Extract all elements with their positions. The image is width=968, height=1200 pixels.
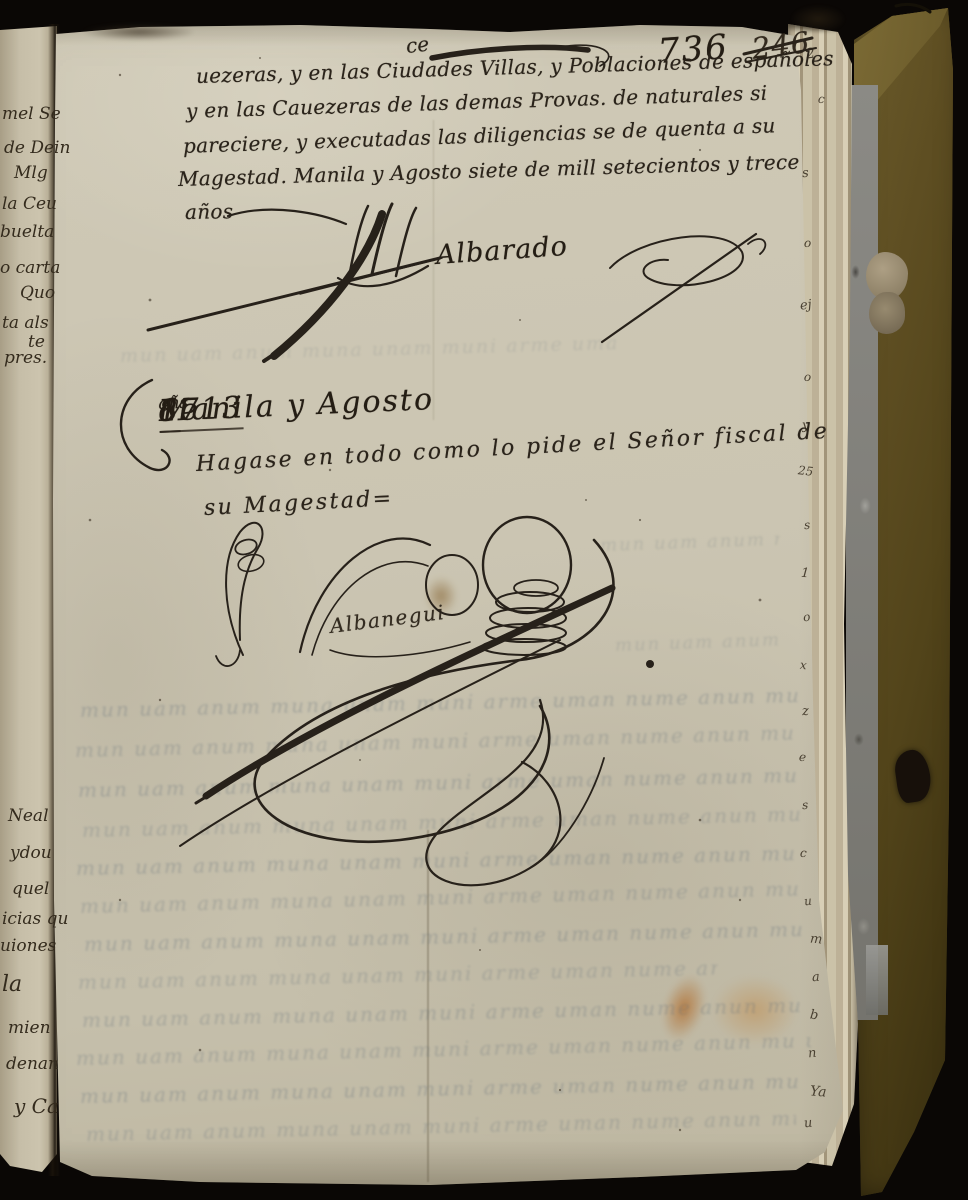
fore-edge-ink-mark: o bbox=[804, 236, 812, 250]
fore-edge-ink-mark: o bbox=[802, 610, 811, 625]
fore-edge-ink-mark: 1 bbox=[800, 566, 809, 582]
fore-edge-ink-mark: s bbox=[803, 518, 810, 532]
fore-edge-ink-mark: s bbox=[801, 798, 808, 812]
photo-stage: mun uam anum muna unam muni arme uman nu… bbox=[0, 0, 968, 1200]
fore-edge-ink-mark: s bbox=[801, 166, 809, 182]
body-text-line-anos: años bbox=[185, 199, 234, 224]
fore-edge-ink-mark: ej bbox=[799, 297, 812, 313]
fore-edge-ink-mark: 25 bbox=[797, 463, 814, 479]
fore-edge-ink-mark: e bbox=[798, 750, 807, 765]
top-annotation: ce bbox=[405, 32, 430, 58]
fore-edge-ink-mark: b bbox=[809, 1008, 819, 1024]
fore-edge-ink-mark: Ya bbox=[809, 1083, 827, 1100]
decree-year-suffix: añs bbox=[158, 393, 189, 414]
fore-edge-ink-mark: n bbox=[807, 1046, 817, 1062]
fore-edge-ink-mark: z bbox=[801, 704, 809, 719]
fore-edge-ink-mark: u bbox=[803, 894, 812, 909]
fore-edge-ink-mark: x bbox=[799, 658, 807, 673]
fore-edge-ink-mark: m bbox=[809, 931, 823, 947]
fore-edge-ink-mark: c bbox=[817, 92, 825, 107]
fore-edge-ink-mark: a bbox=[811, 970, 820, 986]
fore-edge-ink-mark: c bbox=[800, 846, 808, 860]
fore-edge-ink-mark: u bbox=[803, 1116, 813, 1132]
fore-edge-ink-mark: o bbox=[803, 370, 811, 385]
